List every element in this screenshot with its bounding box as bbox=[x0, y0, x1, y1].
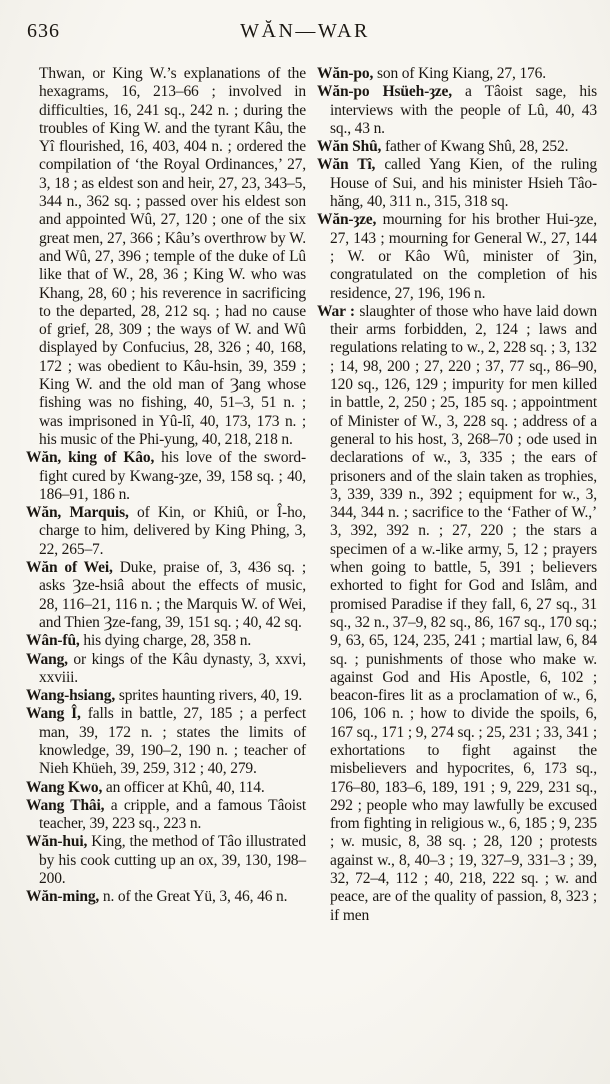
entry-body: father of Kwang Shû, 28, 252. bbox=[381, 138, 568, 155]
entry-body: son of King Kiang, 27, 176. bbox=[373, 65, 546, 82]
entry-body: sprites haunting rivers, 40, 19. bbox=[115, 687, 302, 704]
entry-head: Wang Î, bbox=[26, 705, 81, 722]
entry-body: an officer at Khû, 40, 114. bbox=[102, 779, 264, 796]
entry-head: War : bbox=[317, 303, 355, 320]
running-head: WĂN—WAR bbox=[0, 20, 610, 43]
entry-head: Wăn-po Hsüeh-ȝze, bbox=[317, 83, 452, 100]
index-entry: Wân-fû, his dying charge, 28, 358 n. bbox=[26, 632, 306, 650]
entry-head: Wăn-hui, bbox=[26, 833, 87, 850]
right-column: Wăn-po, son of King Kiang, 27, 176. Wăn-… bbox=[317, 65, 597, 925]
entry-head: Wăn, Marquis, bbox=[26, 504, 129, 521]
entry-head: Wang-hsiang, bbox=[26, 687, 115, 704]
index-entry: Thwan, or King W.’s explanations of the … bbox=[26, 65, 306, 449]
entry-body: Thwan, or King W.’s explanations of the … bbox=[39, 65, 306, 448]
entry-head: Wang Thâi, bbox=[26, 797, 104, 814]
index-entry: Wang Kwo, an officer at Khû, 40, 114. bbox=[26, 779, 306, 797]
entry-head: Wân-fû, bbox=[26, 632, 80, 649]
left-column: Thwan, or King W.’s explanations of the … bbox=[26, 65, 306, 925]
entry-body: or kings of the Kâu dynasty, 3, xxvi, xx… bbox=[39, 651, 306, 686]
entry-head: Wăn of Wei, bbox=[26, 559, 113, 576]
index-entry: Wăn-ming, n. of the Great Yü, 3, 46, 46 … bbox=[26, 888, 306, 906]
index-entry: Wăn of Wei, Duke, praise of, 3, 436 sq. … bbox=[26, 559, 306, 632]
book-page: 636 WĂN—WAR Thwan, or King W.’s explanat… bbox=[0, 0, 610, 1084]
entry-head: Wang Kwo, bbox=[26, 779, 102, 796]
entry-head: Wăn, king of Kâo, bbox=[26, 449, 154, 466]
index-entry: Wăn Tî, called Yang Kien, of the ruling … bbox=[317, 156, 597, 211]
entry-head: Wăn-ȝze, bbox=[317, 211, 376, 228]
index-entry: Wăn-po, son of King Kiang, 27, 176. bbox=[317, 65, 597, 83]
index-entry: Wang Î, falls in battle, 27, 185 ; a per… bbox=[26, 705, 306, 778]
entry-body: n. of the Great Yü, 3, 46, 46 n. bbox=[99, 888, 287, 905]
page-header: 636 WĂN—WAR bbox=[0, 0, 610, 52]
index-entry: War : slaughter of those who have laid d… bbox=[317, 303, 597, 925]
index-entry: Wăn-po Hsüeh-ȝze, a Tâoist sage, his int… bbox=[317, 83, 597, 138]
index-content: Thwan, or King W.’s explanations of the … bbox=[0, 52, 610, 925]
index-entry: Wăn, Marquis, of Kin, or Khiû, or Î-ho, … bbox=[26, 504, 306, 559]
entry-head: Wăn Shû, bbox=[317, 138, 381, 155]
index-entry: Wăn-hui, King, the method of Tâo illustr… bbox=[26, 833, 306, 888]
entry-head: Wăn Tî, bbox=[317, 156, 375, 173]
index-entry: Wang-hsiang, sprites haunting rivers, 40… bbox=[26, 687, 306, 705]
entry-body: his dying charge, 28, 358 n. bbox=[80, 632, 251, 649]
index-entry: Wang Thâi, a cripple, and a famous Tâois… bbox=[26, 797, 306, 834]
entry-head: Wăn-ming, bbox=[26, 888, 99, 905]
entry-body: slaughter of those who have laid down th… bbox=[330, 303, 597, 924]
index-entry: Wăn, king of Kâo, his love of the sword-… bbox=[26, 449, 306, 504]
index-entry: Wăn Shû, father of Kwang Shû, 28, 252. bbox=[317, 138, 597, 156]
index-entry: Wăn-ȝze, mourning for his brother Hui-ȝz… bbox=[317, 211, 597, 302]
entry-head: Wang, bbox=[26, 651, 68, 668]
index-entry: Wang, or kings of the Kâu dynasty, 3, xx… bbox=[26, 651, 306, 688]
entry-head: Wăn-po, bbox=[317, 65, 373, 82]
